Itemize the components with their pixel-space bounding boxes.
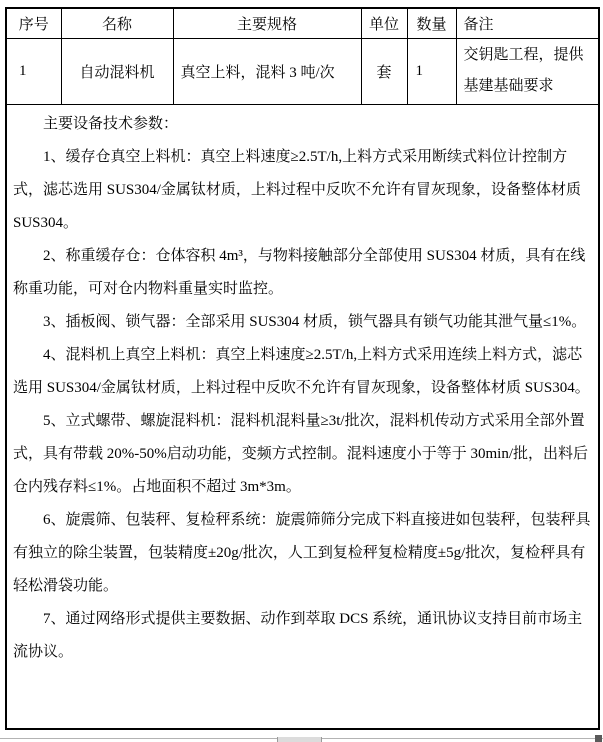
spec-paragraph-2: 2、称重缓存仓：仓体容积 4m³，与物料接触部分全部使用 SUS304 材质，具… bbox=[13, 240, 592, 306]
spec-paragraph-3: 3、插板阀、锁气器：全部采用 SUS304 材质，锁气器具有锁气功能其泄气量≤1… bbox=[13, 306, 592, 339]
row-cell-spec: 真空上料，混料 3 吨/次 bbox=[173, 38, 361, 104]
table-header-row: 序号 名称 主要规格 单位 数量 备注 bbox=[6, 8, 599, 38]
spec-cell: 主要设备技术参数： 1、缓存仓真空上料机：真空上料速度≥2.5T/h,上料方式采… bbox=[6, 104, 599, 729]
row-cell-index: 1 bbox=[6, 38, 61, 104]
column-header-index: 序号 bbox=[6, 8, 61, 38]
spec-paragraph-4: 4、混料机上真空上料机：真空上料速度≥2.5T/h,上料方式采用连续上料方式，滤… bbox=[13, 339, 592, 405]
row-cell-note: 交钥匙工程，提供基建基础要求 bbox=[456, 38, 599, 104]
row-cell-qty: 1 bbox=[407, 38, 456, 104]
spec-title: 主要设备技术参数： bbox=[13, 108, 592, 141]
row-cell-unit: 套 bbox=[361, 38, 407, 104]
spec-paragraph-5: 5、立式螺带、螺旋混料机：混料机混料量≥3t/批次，混料机传动方式采用全部外置式… bbox=[13, 405, 592, 504]
next-table-row-hint-cell bbox=[277, 737, 322, 742]
column-header-note: 备注 bbox=[456, 8, 599, 38]
spec-row: 主要设备技术参数： 1、缓存仓真空上料机：真空上料速度≥2.5T/h,上料方式采… bbox=[6, 104, 599, 729]
row-cell-name: 自动混料机 bbox=[61, 38, 173, 104]
column-header-qty: 数量 bbox=[407, 8, 456, 38]
equipment-spec-table: 序号 名称 主要规格 单位 数量 备注 1 自动混料机 真空上料，混料 3 吨/… bbox=[5, 7, 600, 730]
document-page: 序号 名称 主要规格 单位 数量 备注 1 自动混料机 真空上料，混料 3 吨/… bbox=[0, 0, 603, 742]
spec-paragraph-6: 6、旋震筛、包装秤、复检秤系统：旋震筛筛分完成下料直接进如包装秤，包装秤具有独立… bbox=[13, 504, 592, 603]
column-header-name: 名称 bbox=[61, 8, 173, 38]
column-header-spec: 主要规格 bbox=[173, 8, 361, 38]
column-header-unit: 单位 bbox=[361, 8, 407, 38]
spec-paragraph-7: 7、通过网络形式提供主要数据、动作到萃取 DCS 系统，通讯协议支持目前市场主流… bbox=[13, 603, 592, 669]
next-table-row-hint-corner bbox=[595, 735, 602, 742]
spec-paragraph-1: 1、缓存仓真空上料机：真空上料速度≥2.5T/h,上料方式采用断续式料位计控制方… bbox=[13, 141, 592, 240]
table-row: 1 自动混料机 真空上料，混料 3 吨/次 套 1 交钥匙工程，提供基建基础要求 bbox=[6, 38, 599, 104]
